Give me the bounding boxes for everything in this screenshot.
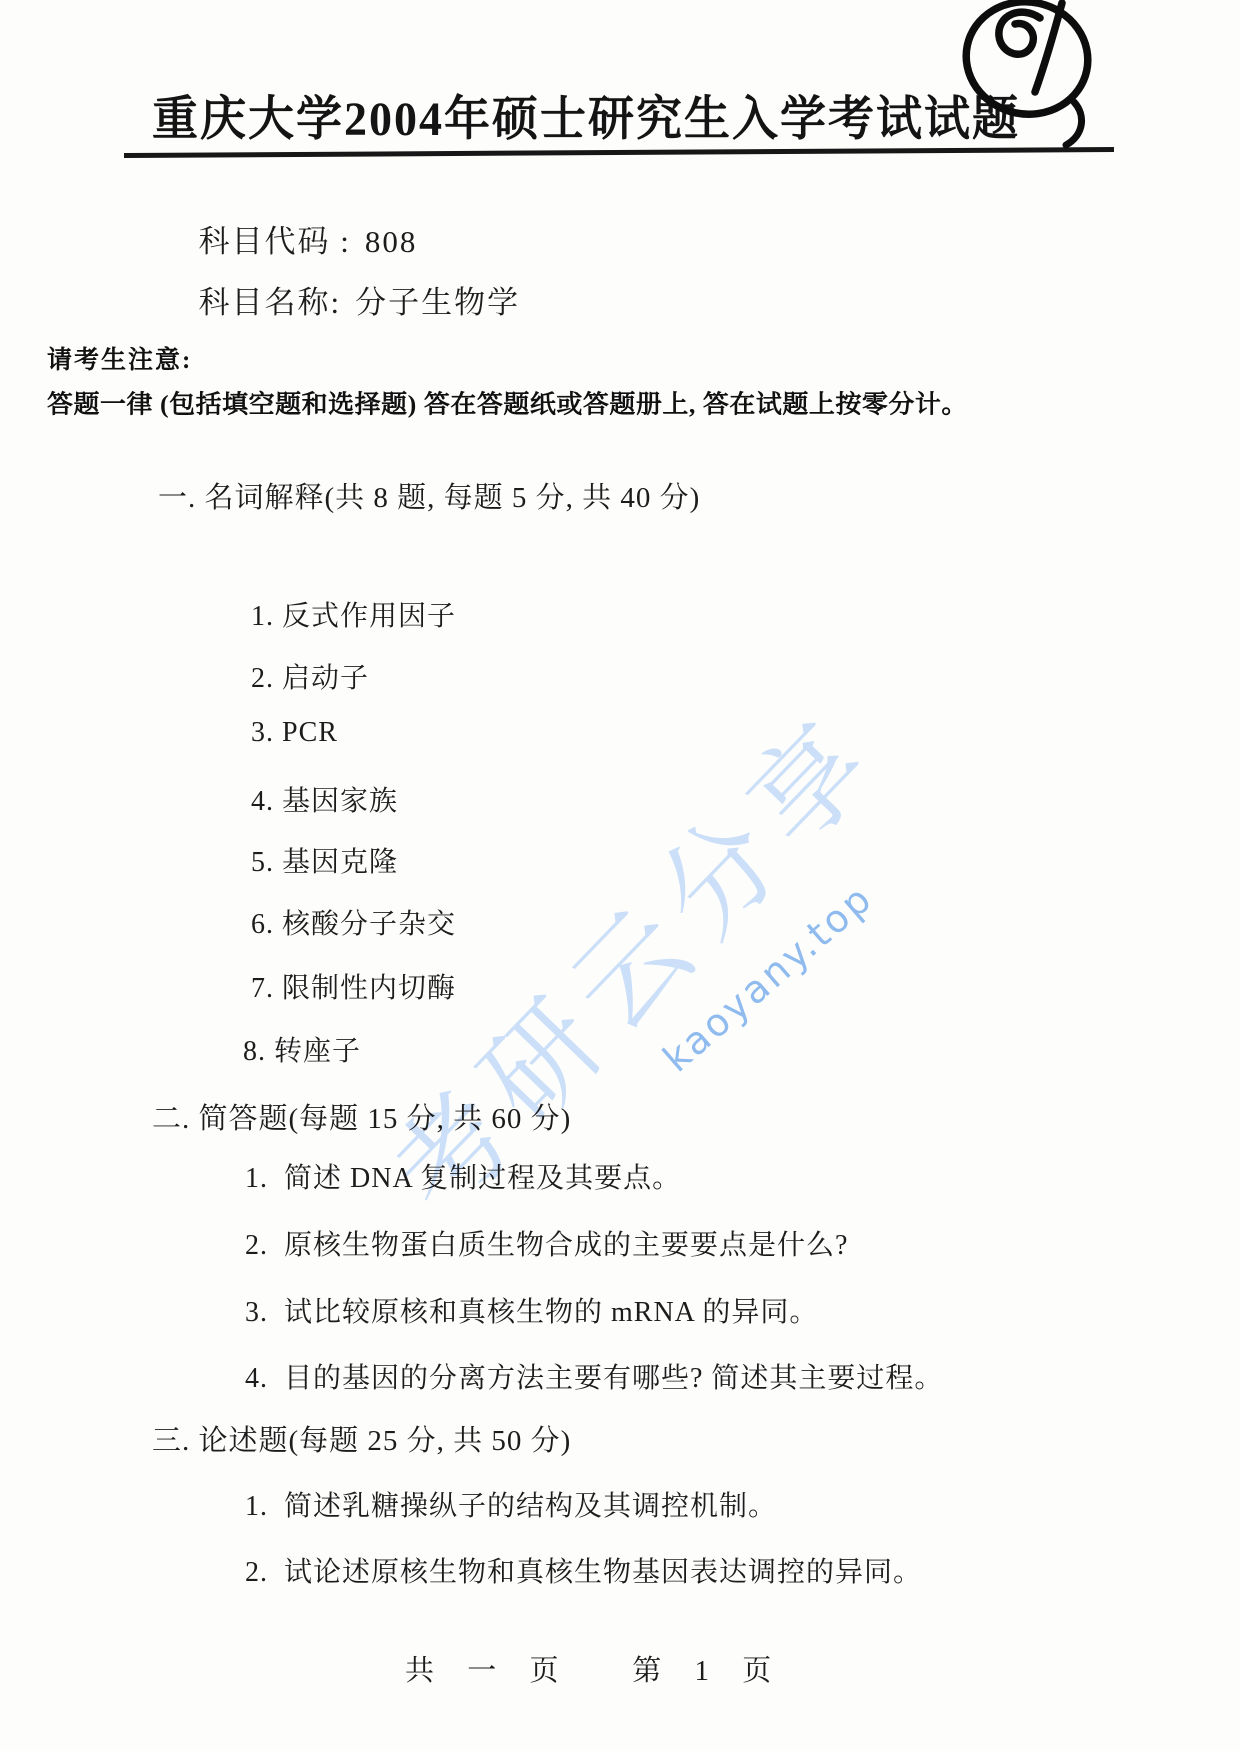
section-2-item: 2. 原核生物蛋白质生物合成的主要要点是什么? xyxy=(245,1223,848,1263)
printed-content: 重庆大学2004年硕士研究生入学考试试题 科目代码 :808 科目名称:分子生物… xyxy=(0,0,1240,1751)
subject-name-line: 科目名称:分子生物学 xyxy=(140,241,520,358)
section-3-item: 2. 试论述原核生物和真核生物基因表达调控的异同。 xyxy=(245,1550,922,1590)
section-2-item: 1. 简述 DNA 复制过程及其要点。 xyxy=(245,1156,681,1196)
section-1-item: 3. PCR xyxy=(251,717,338,749)
exam-paper-page: 考研云分享 kaoyany.top 重庆大学2004年硕士研究生入学考试试题 科… xyxy=(0,0,1240,1751)
section-1-item: 2. 启动子 xyxy=(251,656,369,696)
page-title: 重庆大学2004年硕士研究生入学考试试题 xyxy=(152,81,1020,150)
subject-name-value: 分子生物学 xyxy=(355,285,520,320)
section-3-heading: 三. 论述题(每题 25 分, 共 50 分) xyxy=(152,1418,571,1459)
section-2-heading: 二. 简答题(每题 15 分, 共 60 分) xyxy=(152,1096,571,1137)
section-1-item: 7. 限制性内切酶 xyxy=(251,966,456,1006)
section-1-item: 8. 转座子 xyxy=(243,1029,361,1069)
section-2-item: 4. 目的基因的分离方法主要有哪些? 简述其主要过程。 xyxy=(245,1356,943,1396)
section-1-item: 5. 基因克隆 xyxy=(251,840,398,880)
subject-name-label: 科目名称: xyxy=(199,285,342,320)
section-1-item: 6. 核酸分子杂交 xyxy=(251,902,456,942)
section-3-item: 1. 简述乳糖操纵子的结构及其调控机制。 xyxy=(245,1484,777,1524)
notice-body: 答题一律 (包括填空题和选择题) 答在答题纸或答题册上, 答在试题上按零分计。 xyxy=(47,385,1217,421)
section-2-item: 3. 试比较原核和真核生物的 mRNA 的异同。 xyxy=(245,1290,818,1330)
section-1-heading: 一. 名词解释(共 8 题, 每题 5 分, 共 40 分) xyxy=(158,475,700,516)
section-1-item: 1. 反式作用因子 xyxy=(251,594,456,634)
footer-page-info: 共 一 页 第 1 页 xyxy=(405,1648,784,1689)
handwritten-circled-number-icon xyxy=(945,0,1110,163)
notice-heading: 请考生注意: xyxy=(47,340,192,376)
section-1-item: 4. 基因家族 xyxy=(251,779,398,819)
